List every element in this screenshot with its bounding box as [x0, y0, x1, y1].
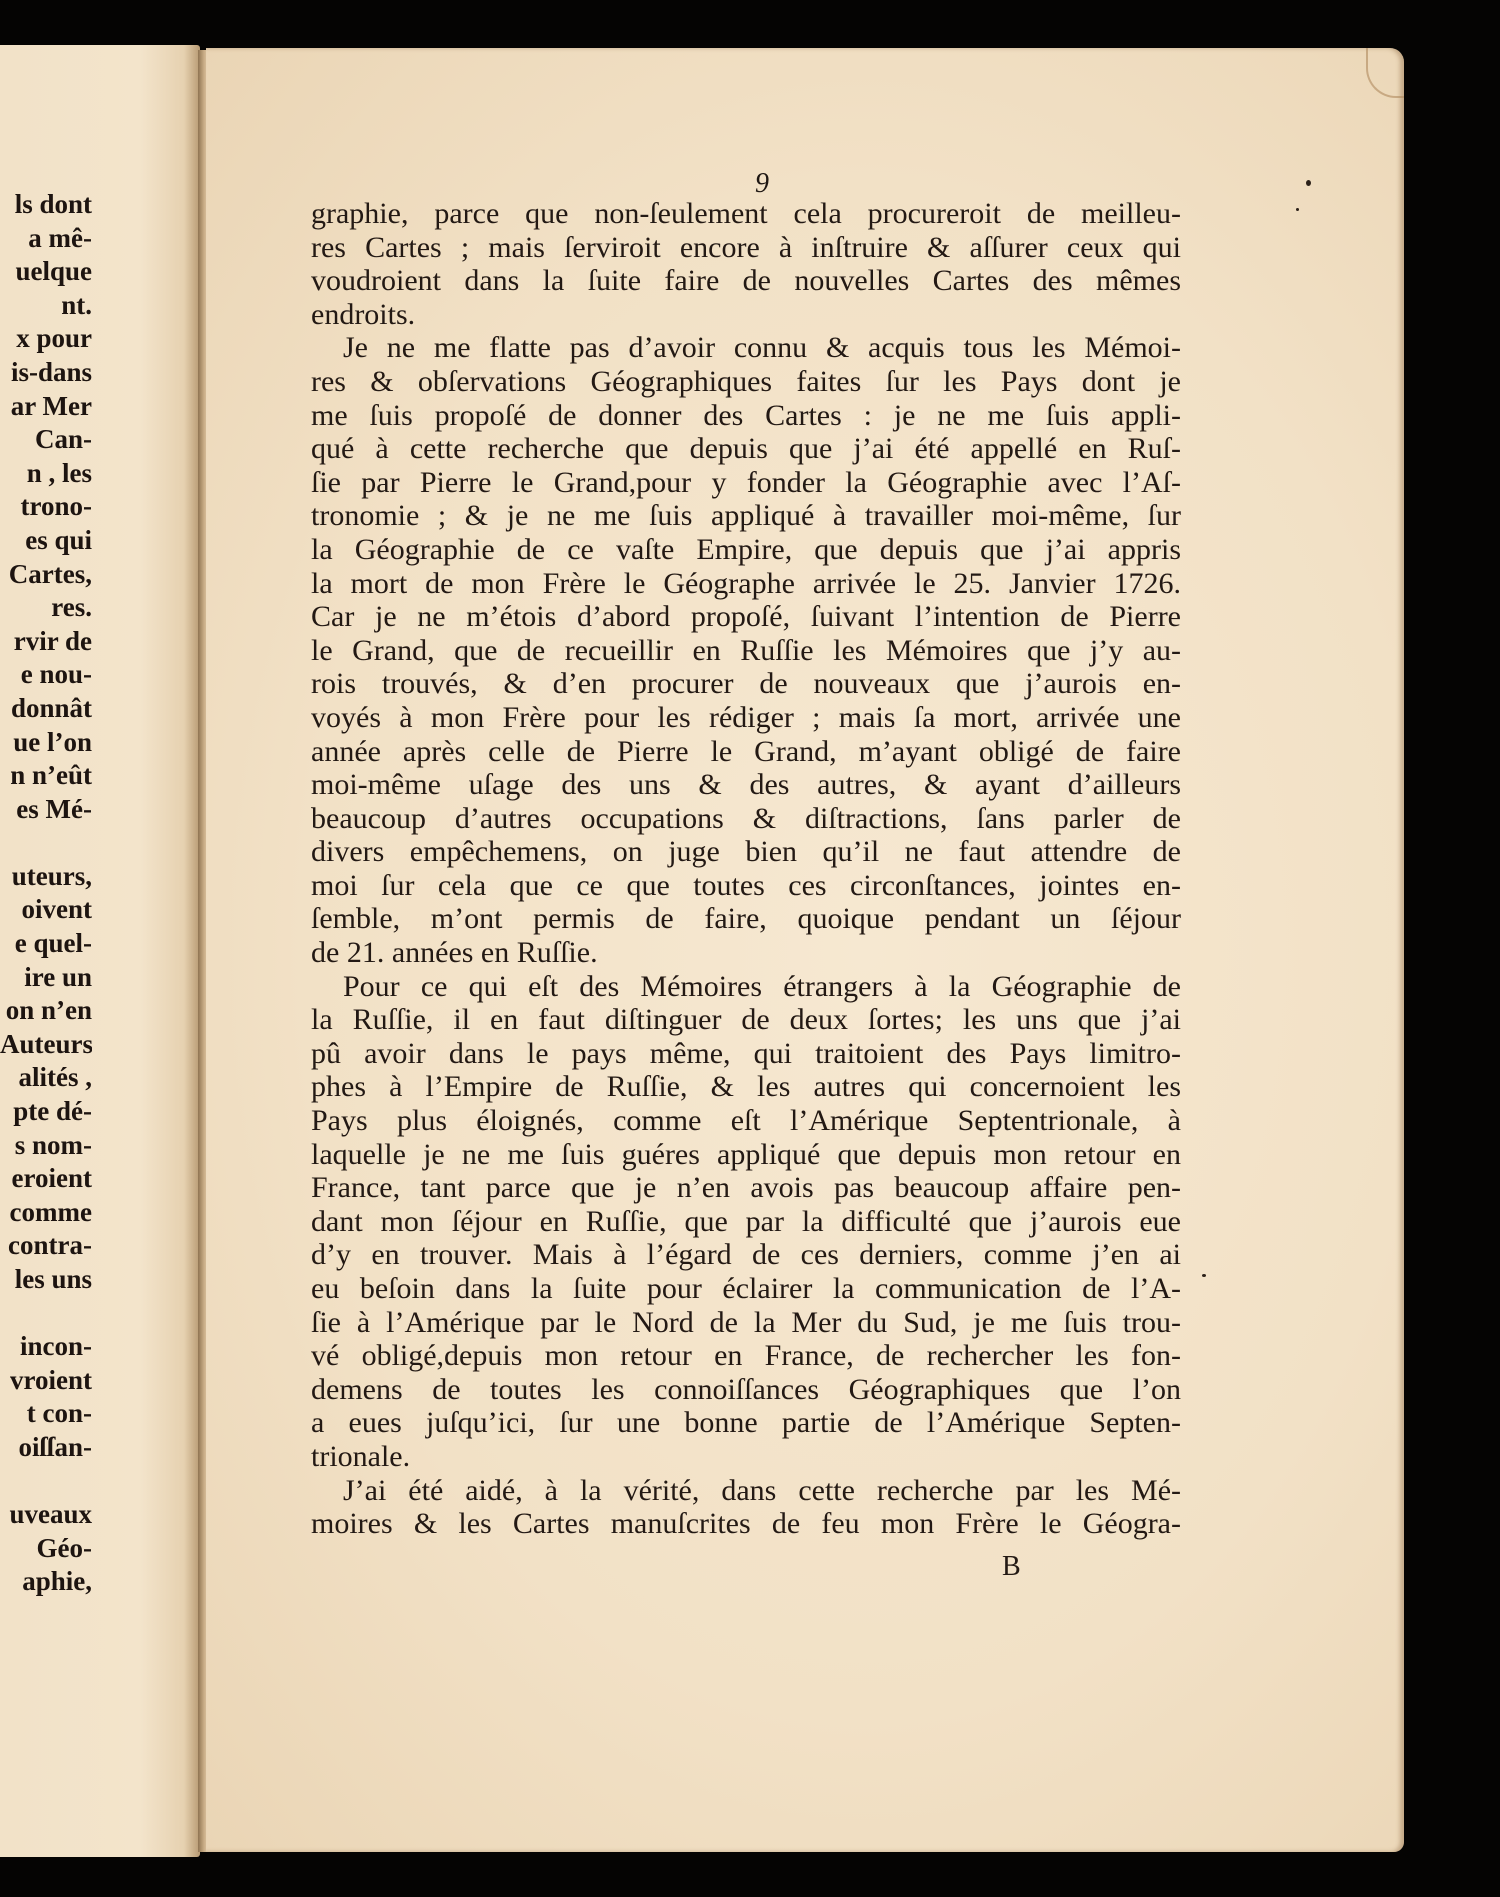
page-number: 9	[755, 168, 769, 200]
left-page-text-column: ls donta mê-uelquent.x pouris-dansar Mer…	[0, 188, 92, 1599]
left-text-fragment: n , les	[0, 457, 92, 491]
text-line: pû avoir dans le pays même, qui traitoie…	[311, 1037, 1181, 1071]
text-line: demens de toutes les connoiſſances Géogr…	[311, 1373, 1181, 1407]
text-line: rois trouvés, & d’en procurer de nouveau…	[311, 667, 1181, 701]
text-line: phes à l’Empire de Ruſſie, & les autres …	[311, 1070, 1181, 1104]
left-text-fragment: Can-	[0, 423, 92, 457]
left-text-fragment	[0, 1297, 92, 1331]
text-line: qué à cette recherche que depuis que j’a…	[311, 432, 1181, 466]
left-page-fragment: ls donta mê-uelquent.x pouris-dansar Mer…	[0, 45, 200, 1857]
body-text: graphie, parce que non-ſeulement cela pr…	[311, 197, 1181, 1541]
left-text-fragment: s nom-	[0, 1129, 92, 1163]
text-line: France, tant parce que je n’en avois pas…	[311, 1171, 1181, 1205]
left-text-fragment: contra-	[0, 1229, 92, 1263]
text-line: moi-même uſage des uns & des autres, & a…	[311, 768, 1181, 802]
text-line: voyés à mon Frère pour les rédiger ; mai…	[311, 701, 1181, 735]
left-text-fragment: t con-	[0, 1397, 92, 1431]
left-text-fragment: eroient	[0, 1162, 92, 1196]
left-text-fragment: ls dont	[0, 188, 92, 222]
left-text-fragment: n n’eût	[0, 759, 92, 793]
left-text-fragment: alités ,	[0, 1061, 92, 1095]
left-text-fragment	[0, 826, 92, 860]
left-text-fragment: Cartes,	[0, 558, 92, 592]
text-line: Car je ne m’étois d’abord propoſé, ſuiva…	[311, 600, 1181, 634]
text-line: Pays plus éloignés, comme eſt l’Amérique…	[311, 1104, 1181, 1138]
text-line: ſie par Pierre le Grand,pour y fonder la…	[311, 466, 1181, 500]
ink-speck	[1202, 1274, 1206, 1277]
left-text-fragment	[0, 1465, 92, 1499]
text-line: moi ſur cela que ce que toutes ces circo…	[311, 869, 1181, 903]
text-line: graphie, parce que non-ſeulement cela pr…	[311, 197, 1181, 231]
text-line: d’y en trouver. Mais à l’égard de ces de…	[311, 1238, 1181, 1272]
left-text-fragment: les uns	[0, 1263, 92, 1297]
text-line: ſemble, m’ont permis de faire, quoique p…	[311, 902, 1181, 936]
text-line: dant mon ſéjour en Ruſſie, que par la di…	[311, 1205, 1181, 1239]
text-line: le Grand, que de recueillir en Ruſſie le…	[311, 634, 1181, 668]
left-text-fragment: uteurs,	[0, 860, 92, 894]
left-text-fragment: comme	[0, 1196, 92, 1230]
left-text-fragment: rvir de	[0, 625, 92, 659]
left-text-fragment: oivent	[0, 893, 92, 927]
left-text-fragment: es Mé-	[0, 793, 92, 827]
text-line: ſie à l’Amérique par le Nord de la Mer d…	[311, 1306, 1181, 1340]
ink-speck	[1296, 208, 1299, 211]
text-line: année après celle de Pierre le Grand, m’…	[311, 735, 1181, 769]
left-text-fragment: oiſſan-	[0, 1431, 92, 1465]
left-text-fragment: Auteurs	[0, 1028, 92, 1062]
left-text-fragment: vroient	[0, 1364, 92, 1398]
text-line: beaucoup d’autres occupations & diſtract…	[311, 802, 1181, 836]
text-line: la Géographie de ce vaſte Empire, que de…	[311, 533, 1181, 567]
page-corner-curl	[1366, 48, 1404, 98]
left-text-fragment: x pour	[0, 322, 92, 356]
left-text-fragment: uelque	[0, 255, 92, 289]
text-line: laquelle je ne me ſuis guéres appliqué q…	[311, 1138, 1181, 1172]
signature-mark: B	[1002, 1551, 1021, 1583]
text-line: voudroient dans la ſuite faire de nouvel…	[311, 264, 1181, 298]
ink-speck	[1306, 180, 1311, 186]
left-text-fragment: uveaux	[0, 1498, 92, 1532]
text-line: Pour ce qui eſt des Mémoires étrangers à…	[311, 970, 1181, 1004]
text-line: endroits.	[311, 298, 1181, 332]
left-text-fragment: is-dans	[0, 356, 92, 390]
left-text-fragment: on n’en	[0, 994, 92, 1028]
text-line: J’ai été aidé, à la vérité, dans cette r…	[311, 1474, 1181, 1508]
left-text-fragment: pte dé-	[0, 1095, 92, 1129]
left-text-fragment: ire un	[0, 961, 92, 995]
left-text-fragment: res.	[0, 591, 92, 625]
text-line: la mort de mon Frère le Géographe arrivé…	[311, 567, 1181, 601]
text-line: la Ruſſie, il en faut diſtinguer de deux…	[311, 1003, 1181, 1037]
left-text-fragment: nt.	[0, 289, 92, 323]
text-line: vé obligé,depuis mon retour en France, d…	[311, 1339, 1181, 1373]
text-line: me ſuis propoſé de donner des Cartes : j…	[311, 399, 1181, 433]
text-line: eu beſoin dans la ſuite pour éclairer la…	[311, 1272, 1181, 1306]
left-text-fragment: ue l’on	[0, 726, 92, 760]
left-text-fragment: trono-	[0, 490, 92, 524]
left-text-fragment: es qui	[0, 524, 92, 558]
text-line: res & obſervations Géographiques faites …	[311, 365, 1181, 399]
left-text-fragment: incon-	[0, 1330, 92, 1364]
text-line: divers empêchemens, on juge bien qu’il n…	[311, 835, 1181, 869]
left-text-fragment: Géo-	[0, 1532, 92, 1566]
text-line: moires & les Cartes manuſcrites de feu m…	[311, 1507, 1181, 1541]
text-line: tronomie ; & je ne me ſuis appliqué à tr…	[311, 499, 1181, 533]
left-text-fragment: ar Mer	[0, 390, 92, 424]
text-line: res Cartes ; mais ſerviroit encore à inſ…	[311, 231, 1181, 265]
text-line: de 21. années en Ruſſie.	[311, 936, 1181, 970]
left-text-fragment: a mê-	[0, 222, 92, 256]
text-line: a eues juſqu’ici, ſur une bonne partie d…	[311, 1406, 1181, 1440]
text-line: Je ne me flatte pas d’avoir connu & acqu…	[311, 331, 1181, 365]
left-text-fragment: e quel-	[0, 927, 92, 961]
left-text-fragment: e nou-	[0, 658, 92, 692]
left-text-fragment: donnât	[0, 692, 92, 726]
text-line: trionale.	[311, 1440, 1181, 1474]
left-text-fragment: aphie,	[0, 1565, 92, 1599]
